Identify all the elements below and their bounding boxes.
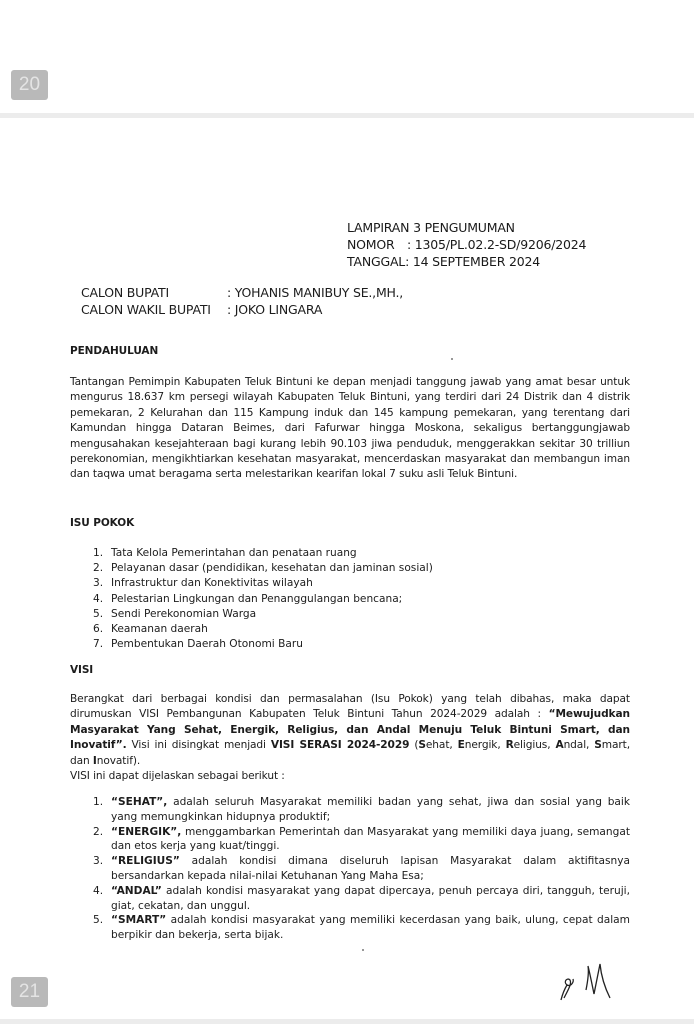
tanggal-value: : 14 SEPTEMBER 2024 <box>405 254 540 269</box>
list-item: 2.Pelayanan dasar (pendidikan, kesehatan… <box>93 561 433 576</box>
isu-pokok-list: 1.Tata Kelola Pemerintahan dan penataan … <box>93 546 433 652</box>
visi-short-name: VISI SERASI 2024-2029 <box>271 739 410 751</box>
page-separator <box>0 113 694 118</box>
tanggal-line: TANGGAL: 14 SEPTEMBER 2024 <box>347 253 586 270</box>
candidate-label: CALON BUPATI <box>81 284 227 301</box>
list-item: 1.“SEHAT”, adalah seluruh Masyarakat mem… <box>93 795 630 825</box>
list-item: 5.“SMART” adalah kondisi masyarakat yang… <box>93 913 630 943</box>
list-item: 4.Pelestarian Lingkungan dan Penanggulan… <box>93 592 433 607</box>
visi-explain-text: VISI ini dapat dijelaskan sebagai beriku… <box>70 770 285 782</box>
pendahuluan-paragraph: Tantangan Pemimpin Kabupaten Teluk Bintu… <box>70 375 630 483</box>
scan-speck <box>451 358 453 360</box>
item-text: Infrastruktur dan Konektivitas wilayah <box>111 576 313 591</box>
item-term: “SMART” <box>111 914 166 926</box>
lampiran-title: LAMPIRAN 3 PENGUMUMAN <box>347 219 586 236</box>
item-number: 5. <box>93 913 111 943</box>
item-number: 3. <box>93 854 111 884</box>
visi-intro-text: ( <box>409 739 418 751</box>
heading-pendahuluan: PENDAHULUAN <box>70 345 158 357</box>
lampiran-header: LAMPIRAN 3 PENGUMUMAN NOMOR: 1305/PL.02.… <box>347 219 586 270</box>
list-item: 2.“ENERGIK”, menggambarkan Pemerintah da… <box>93 825 630 855</box>
item-text: adalah kondisi masyarakat yang memiliki … <box>111 914 630 941</box>
item-number: 6. <box>93 622 111 637</box>
item-text: Pelestarian Lingkungan dan Penanggulanga… <box>111 592 402 607</box>
visi-list: 1.“SEHAT”, adalah seluruh Masyarakat mem… <box>93 795 630 943</box>
list-item: 5.Sendi Perekonomian Warga <box>93 607 433 622</box>
scan-speck <box>362 949 364 951</box>
candidate-label: CALON WAKIL BUPATI <box>81 301 227 318</box>
page-number-badge[interactable]: 20 <box>11 70 48 100</box>
item-number: 4. <box>93 884 111 914</box>
candidate-bupati: CALON BUPATI : YOHANIS MANIBUY SE.,MH., <box>81 284 403 301</box>
item-text: adalah kondisi dimana diseluruh lapisan … <box>111 855 630 882</box>
visi-intro-text: Berangkat dari berbagai kondisi dan perm… <box>70 693 630 720</box>
item-text: adalah kondisi masyarakat yang dapat dip… <box>111 885 630 912</box>
item-term: “ANDAL” <box>111 885 162 897</box>
visi-paragraph: Berangkat dari berbagai kondisi dan perm… <box>70 692 630 784</box>
item-text: Tata Kelola Pemerintahan dan penataan ru… <box>111 546 357 561</box>
list-item: 3.“RELIGIUS” adalah kondisi dimana disel… <box>93 854 630 884</box>
heading-visi: VISI <box>70 664 93 676</box>
item-number: 4. <box>93 592 111 607</box>
item-text: Sendi Perekonomian Warga <box>111 607 256 622</box>
signature-initials-icon <box>558 960 628 1005</box>
list-item: 6.Keamanan daerah <box>93 622 433 637</box>
nomor-line: NOMOR: 1305/PL.02.2-SD/9206/2024 <box>347 236 586 253</box>
candidate-wakil-bupati: CALON WAKIL BUPATI : JOKO LINGARA <box>81 301 403 318</box>
item-term: “ENERGIK”, <box>111 826 181 838</box>
item-text: menggambarkan Pemerintah dan Masyarakat … <box>111 826 630 853</box>
nomor-value: : 1305/PL.02.2-SD/9206/2024 <box>407 237 586 252</box>
item-number: 5. <box>93 607 111 622</box>
visi-intro-text: Visi ini disingkat menjadi <box>127 739 271 751</box>
candidate-value: : YOHANIS MANIBUY SE.,MH., <box>227 284 403 301</box>
list-item: 1.Tata Kelola Pemerintahan dan penataan … <box>93 546 433 561</box>
item-text: Keamanan daerah <box>111 622 208 637</box>
item-text: adalah seluruh Masyarakat memiliki badan… <box>111 796 630 823</box>
item-number: 2. <box>93 825 111 855</box>
candidate-block: CALON BUPATI : YOHANIS MANIBUY SE.,MH., … <box>81 284 403 318</box>
page-separator <box>0 1019 694 1024</box>
list-item: 7.Pembentukan Daerah Otonomi Baru <box>93 637 433 652</box>
item-text: Pembentukan Daerah Otonomi Baru <box>111 637 303 652</box>
item-number: 7. <box>93 637 111 652</box>
nomor-label: NOMOR <box>347 236 407 253</box>
list-item: 3.Infrastruktur dan Konektivitas wilayah <box>93 576 433 591</box>
item-term: “RELIGIUS” <box>111 855 180 867</box>
item-number: 1. <box>93 546 111 561</box>
item-number: 3. <box>93 576 111 591</box>
heading-isu-pokok: ISU POKOK <box>70 517 134 529</box>
tanggal-label: TANGGAL <box>347 253 405 270</box>
item-number: 2. <box>93 561 111 576</box>
item-number: 1. <box>93 795 111 825</box>
item-term: “SEHAT”, <box>111 796 167 808</box>
list-item: 4.“ANDAL” adalah kondisi masyarakat yang… <box>93 884 630 914</box>
item-text: Pelayanan dasar (pendidikan, kesehatan d… <box>111 561 433 576</box>
page-number-badge[interactable]: 21 <box>11 977 48 1007</box>
candidate-value: : JOKO LINGARA <box>227 301 322 318</box>
